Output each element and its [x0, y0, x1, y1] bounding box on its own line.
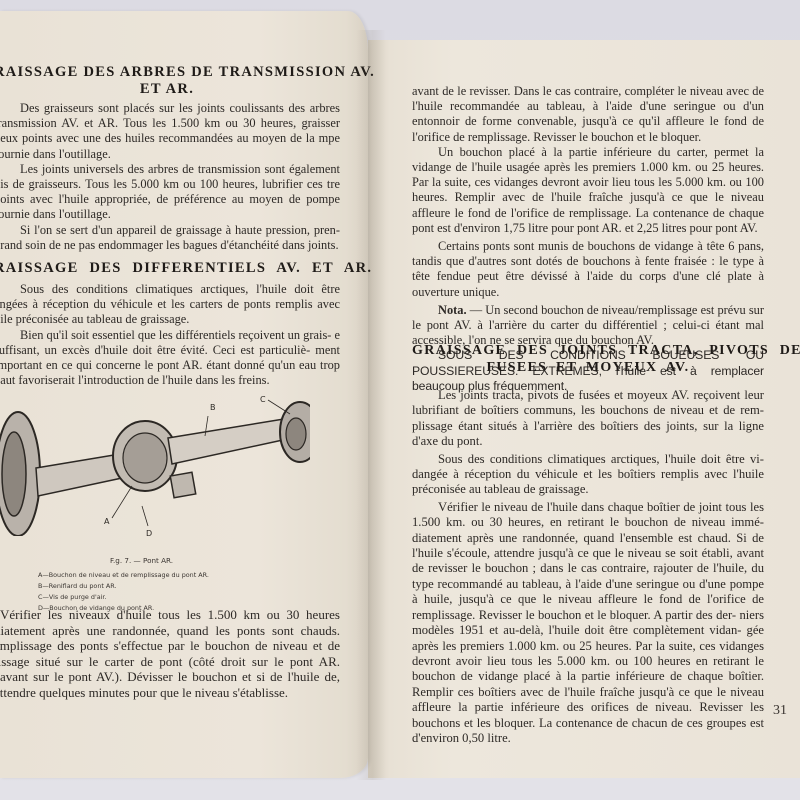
legend-item-a: A—Bouchon de niveau et de remplissage du…	[38, 570, 209, 581]
section-heading-transmission: RAISSAGE DES ARBRES DE TRANSMISSION AV.	[0, 64, 340, 81]
callout-d: D	[146, 529, 152, 536]
paragraph: avant de le revisser. Dans le cas contra…	[412, 84, 764, 145]
legend-item-b: B—Reniflard du pont AR.	[38, 581, 209, 592]
paragraph: Sous des conditions climatiques arctique…	[412, 452, 764, 498]
paragraph: Vérifier le niveau de l'huile dans chaqu…	[412, 500, 764, 747]
callout-a: A	[104, 517, 110, 526]
paragraph: Un bouchon placé à la partie inférieure …	[412, 145, 764, 236]
paragraph: Les joints tracta, pivots de fusées et m…	[412, 388, 764, 450]
section-heading-transmission-line2: ET AR.	[0, 81, 340, 98]
paragraph: Les joints universels des arbres de tran…	[0, 162, 340, 223]
nota-label: Nota.	[438, 303, 467, 317]
callout-c: C	[260, 396, 266, 404]
paragraph: Des graisseurs sont placés sur les joint…	[0, 101, 340, 162]
paragraph: Sous des conditions climatiques arctique…	[0, 282, 340, 328]
paragraph: Si l'on se sert d'un appareil de graissa…	[0, 223, 340, 253]
paragraph: Bien qu'il soit essentiel que les différ…	[0, 328, 340, 389]
section-check-levels: Vérifier les niveaux d'huile tous les 1.…	[0, 607, 340, 701]
section-joints-tracta: GRAISSAGE DES JOINTS TRACTA, PIVOTS DE F…	[412, 342, 764, 746]
paragraph: Certains ponts sont munis de bouchons de…	[412, 239, 764, 300]
section-differentiels: RAISSAGE DES DIFFERENTIELS AV. ET AR. So…	[0, 260, 340, 388]
figure-caption: F.g. 7. — Pont AR.	[110, 556, 173, 565]
rear-axle-illustration: B C A D	[0, 396, 310, 536]
section-heading-joints-tracta: GRAISSAGE DES JOINTS TRACTA, PIVOTS DE	[412, 342, 764, 359]
paragraph: Vérifier les niveaux d'huile tous les 1.…	[0, 607, 340, 701]
page-number: 31	[773, 703, 787, 719]
section-heading-joints-tracta-line2: FUSEES ET MOYEUX AV.	[412, 359, 764, 376]
section-transmission: RAISSAGE DES ARBRES DE TRANSMISSION AV. …	[0, 64, 340, 253]
callout-b: B	[210, 403, 216, 412]
legend-item-c: C—Vis de purge d'air.	[38, 592, 209, 603]
section-heading-differentiels: RAISSAGE DES DIFFERENTIELS AV. ET AR.	[0, 260, 340, 277]
left-page: RAISSAGE DES ARBRES DE TRANSMISSION AV. …	[0, 11, 368, 778]
